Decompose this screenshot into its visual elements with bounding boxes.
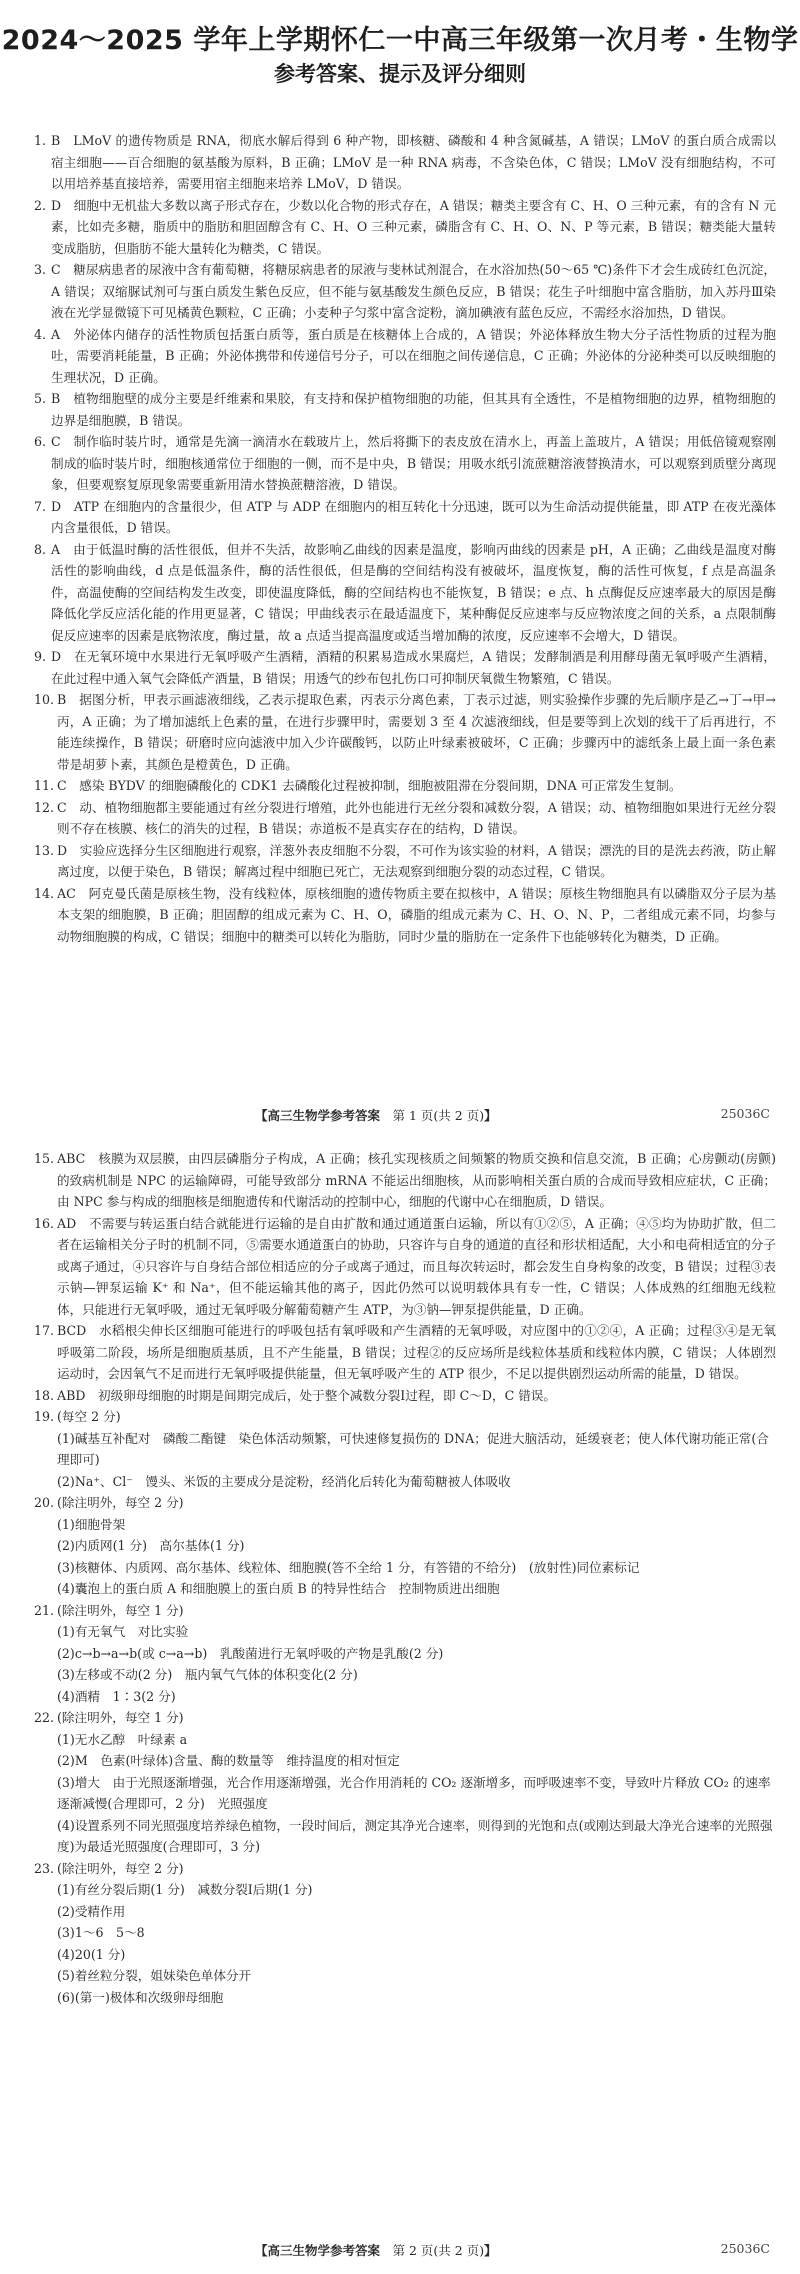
answer-text: (除注明外，每空 1 分) <box>57 1710 184 1725</box>
answer-number: 18. <box>34 1385 54 1407</box>
sub-answer: (3)增大 由于光照逐渐增强，光合作用逐渐增强，光合作用消耗的 CO₂ 逐渐增多… <box>34 1772 776 1815</box>
sub-answer: (2)M 色素(叶绿体)含量、酶的数量等 维持温度的相对恒定 <box>34 1750 776 1772</box>
sub-answer: (4)酒精 1∶3(2 分) <box>34 1686 776 1708</box>
answer-text: C 制作临时装片时，通常是先滴一滴清水在载玻片上，然后将撕下的表皮放在清水上，再… <box>51 434 776 492</box>
sub-answer: (2)受精作用 <box>34 1901 776 1923</box>
answer-item: 16.AD 不需要与转运蛋白结合就能进行运输的是自由扩散和通过通道蛋白运输，所以… <box>34 1213 776 1321</box>
answer-number: 14. <box>34 883 54 905</box>
answer-text: BCD 水稻根尖伸长区细胞可能进行的呼吸包括有氧呼吸和产生酒精的无氧呼吸，对应图… <box>57 1323 776 1381</box>
answer-text: C 感染 BYDV 的细胞磷酸化的 CDK1 去磷酸化过程被抑制，细胞被阻滞在分… <box>57 778 682 793</box>
answer-item: 5.B 植物细胞壁的成分主要是纤维素和果胶，有支持和保护植物细胞的功能，但其具有… <box>34 388 776 431</box>
answer-item: 19.(每空 2 分) <box>34 1406 776 1428</box>
answer-text: B 据图分析，甲表示画滤液细线，乙表示提取色素，丙表示分离色素，丁表示过滤，则实… <box>57 692 776 772</box>
answer-text: D ATP 在细胞内的含量很少，但 ATP 与 ADP 在细胞内的相互转化十分迅… <box>51 499 776 536</box>
answer-number: 1. <box>34 130 46 152</box>
page1-answers: 1.B LMoV 的遗传物质是 RNA，彻底水解后得到 6 种产物，即核糖、磷酸… <box>34 130 776 947</box>
answer-text: C 动、植物细胞都主要能通过有丝分裂进行增殖，此外也能进行无丝分裂和减数分裂，A… <box>57 800 776 837</box>
answer-number: 5. <box>34 388 46 410</box>
sub-answer: (2)内质网(1 分) 高尔基体(1 分) <box>34 1535 776 1557</box>
document-subtitle: 参考答案、提示及评分细则 <box>0 58 800 88</box>
sub-answer: (1)细胞骨架 <box>34 1514 776 1536</box>
answer-text: D 实验应选择分生区细胞进行观察，洋葱外表皮细胞不分裂，不可作为该实验的材料，A… <box>57 843 776 880</box>
sub-answer: (2)c→b→a→b(或 c→a→b) 乳酸菌进行无氧呼吸的产物是乳酸(2 分) <box>34 1643 776 1665</box>
answer-text: (除注明外，每空 2 分) <box>57 1861 184 1876</box>
answer-number: 23. <box>34 1858 54 1880</box>
answer-item: 7.D ATP 在细胞内的含量很少，但 ATP 与 ADP 在细胞内的相互转化十… <box>34 496 776 539</box>
answer-text: A 外泌体内储存的活性物质包括蛋白质等，蛋白质是在核糖体上合成的，A 错误；外泌… <box>51 327 776 385</box>
answer-item: 14.AC 阿克曼氏菌是原核生物，没有线粒体，原核细胞的遗传物质主要在拟核中，A… <box>34 883 776 948</box>
answer-item: 21.(除注明外，每空 1 分) <box>34 1600 776 1622</box>
answer-number: 2. <box>34 195 46 217</box>
answer-number: 3. <box>34 259 46 281</box>
sub-answer: (3)核糖体、内质网、高尔基体、线粒体、细胞膜(答不全给 1 分，有答错的不给分… <box>34 1557 776 1579</box>
answer-text: AC 阿克曼氏菌是原核生物，没有线粒体，原核细胞的遗传物质主要在拟核中，A 错误… <box>57 886 776 944</box>
sub-answer: (1)有无氧气 对比实验 <box>34 1621 776 1643</box>
answer-number: 13. <box>34 840 54 862</box>
page2-answers: 15.ABC 核膜为双层膜，由四层磷脂分子构成，A 正确；核孔实现核质之间频繁的… <box>34 1148 776 2008</box>
answer-text: A 由于低温时酶的活性很低，但并不失活，故影响乙曲线的因素是温度，影响丙曲线的因… <box>51 542 776 643</box>
answer-text: (除注明外，每空 2 分) <box>57 1495 184 1510</box>
sub-answer: (3)1～6 5～8 <box>34 1922 776 1944</box>
answer-number: 4. <box>34 324 46 346</box>
answer-item: 8.A 由于低温时酶的活性很低，但并不失活，故影响乙曲线的因素是温度，影响丙曲线… <box>34 539 776 647</box>
answer-number: 7. <box>34 496 46 518</box>
answer-number: 19. <box>34 1406 54 1428</box>
footer-label: 【高三生物学参考答案 <box>255 1108 380 1123</box>
answer-item: 15.ABC 核膜为双层膜，由四层磷脂分子构成，A 正确；核孔实现核质之间频繁的… <box>34 1148 776 1213</box>
sub-answer: (5)着丝粒分裂，姐妹染色单体分开 <box>34 1965 776 1987</box>
answer-item: 10.B 据图分析，甲表示画滤液细线，乙表示提取色素，丙表示分离色素，丁表示过滤… <box>34 689 776 775</box>
answer-item: 18.ABD 初级卵母细胞的时期是间期完成后，处于整个减数分裂Ⅰ过程，即 C～D… <box>34 1385 776 1407</box>
answer-item: 12.C 动、植物细胞都主要能通过有丝分裂进行增殖，此外也能进行无丝分裂和减数分… <box>34 797 776 840</box>
answer-number: 12. <box>34 797 54 819</box>
answer-item: 23.(除注明外，每空 2 分) <box>34 1858 776 1880</box>
answer-text: B LMoV 的遗传物质是 RNA，彻底水解后得到 6 种产物，即核糖、磷酸和 … <box>51 133 776 191</box>
answer-text: ABD 初级卵母细胞的时期是间期完成后，处于整个减数分裂Ⅰ过程，即 C～D，C … <box>57 1388 556 1403</box>
sub-answer: (3)左移或不动(2 分) 瓶内氧气气体的体积变化(2 分) <box>34 1664 776 1686</box>
answer-number: 17. <box>34 1320 54 1342</box>
sub-answer: (6)(第一)极体和次级卵母细胞 <box>34 1987 776 2009</box>
sub-answer: (4)囊泡上的蛋白质 A 和细胞膜上的蛋白质 B 的特异性结合 控制物质进出细胞 <box>34 1578 776 1600</box>
answer-text: B 植物细胞壁的成分主要是纤维素和果胶，有支持和保护植物细胞的功能，但其具有全透… <box>51 391 776 428</box>
answer-text: (每空 2 分) <box>57 1409 121 1424</box>
answer-item: 11.C 感染 BYDV 的细胞磷酸化的 CDK1 去磷酸化过程被抑制，细胞被阻… <box>34 775 776 797</box>
answer-item: 4.A 外泌体内储存的活性物质包括蛋白质等，蛋白质是在核糖体上合成的，A 错误；… <box>34 324 776 389</box>
answer-text: (除注明外，每空 1 分) <box>57 1603 184 1618</box>
answer-item: 20.(除注明外，每空 2 分) <box>34 1492 776 1514</box>
answer-item: 13.D 实验应选择分生区细胞进行观察，洋葱外表皮细胞不分裂，不可作为该实验的材… <box>34 840 776 883</box>
answer-number: 10. <box>34 689 54 711</box>
answer-number: 9. <box>34 646 46 668</box>
answer-number: 22. <box>34 1707 54 1729</box>
answer-number: 16. <box>34 1213 54 1235</box>
sub-answer: (2)Na⁺、Cl⁻ 馒头、米饭的主要成分是淀粉，经消化后转化为葡萄糖被人体吸收 <box>34 1471 776 1493</box>
sub-answer: (1)有丝分裂后期(1 分) 减数分裂Ⅰ后期(1 分) <box>34 1879 776 1901</box>
answer-number: 15. <box>34 1148 54 1170</box>
sub-answer: (4)设置系列不同光照强度培养绿色植物，一段时间后，测定其净光合速率，则得到的光… <box>34 1815 776 1858</box>
sub-answer: (4)20(1 分) <box>34 1944 776 1966</box>
answer-number: 8. <box>34 539 46 561</box>
answer-text: C 糖尿病患者的尿液中含有葡萄糖，将糖尿病患者的尿液与斐林试剂混合，在水浴加热(… <box>51 262 776 320</box>
answer-number: 11. <box>34 775 54 797</box>
answer-item: 2.D 细胞中无机盐大多数以离子形式存在，少数以化合物的形式存在，A 错误；糖类… <box>34 195 776 260</box>
answer-text: D 在无氧环境中水果进行无氧呼吸产生酒精，酒精的积累易造成水果腐烂，A 错误；发… <box>51 649 776 686</box>
footer-page-number: 第 2 页(共 2 页) <box>393 2243 485 2258</box>
answer-item: 9.D 在无氧环境中水果进行无氧呼吸产生酒精，酒精的积累易造成水果腐烂，A 错误… <box>34 646 776 689</box>
footer-code: 25036C <box>721 2241 770 2256</box>
document-title: 2024～2025 学年上学期怀仁一中高三年级第一次月考・生物学 <box>0 18 800 57</box>
answer-item: 6.C 制作临时装片时，通常是先滴一滴清水在载玻片上，然后将撕下的表皮放在清水上… <box>34 431 776 496</box>
answer-number: 6. <box>34 431 46 453</box>
footer-page-number: 第 1 页(共 2 页) <box>393 1108 485 1123</box>
answer-item: 1.B LMoV 的遗传物质是 RNA，彻底水解后得到 6 种产物，即核糖、磷酸… <box>34 130 776 195</box>
answer-number: 20. <box>34 1492 54 1514</box>
footer-code: 25036C <box>721 1106 770 1121</box>
sub-answer: (1)无水乙醇 叶绿素 a <box>34 1729 776 1751</box>
answer-text: D 细胞中无机盐大多数以离子形式存在，少数以化合物的形式存在，A 错误；糖类主要… <box>51 198 776 256</box>
answer-item: 22.(除注明外，每空 1 分) <box>34 1707 776 1729</box>
answer-item: 17.BCD 水稻根尖伸长区细胞可能进行的呼吸包括有氧呼吸和产生酒精的无氧呼吸，… <box>34 1320 776 1385</box>
footer-label: 【高三生物学参考答案 <box>255 2243 380 2258</box>
answer-text: AD 不需要与转运蛋白结合就能进行运输的是自由扩散和通过通道蛋白运输，所以有①②… <box>57 1216 776 1317</box>
answer-number: 21. <box>34 1600 54 1622</box>
answer-item: 3.C 糖尿病患者的尿液中含有葡萄糖，将糖尿病患者的尿液与斐林试剂混合，在水浴加… <box>34 259 776 324</box>
sub-answer: (1)碱基互补配对 磷酸二酯键 染色体活动频繁，可快速修复损伤的 DNA；促进大… <box>34 1428 776 1471</box>
answer-text: ABC 核膜为双层膜，由四层磷脂分子构成，A 正确；核孔实现核质之间频繁的物质交… <box>57 1151 776 1209</box>
